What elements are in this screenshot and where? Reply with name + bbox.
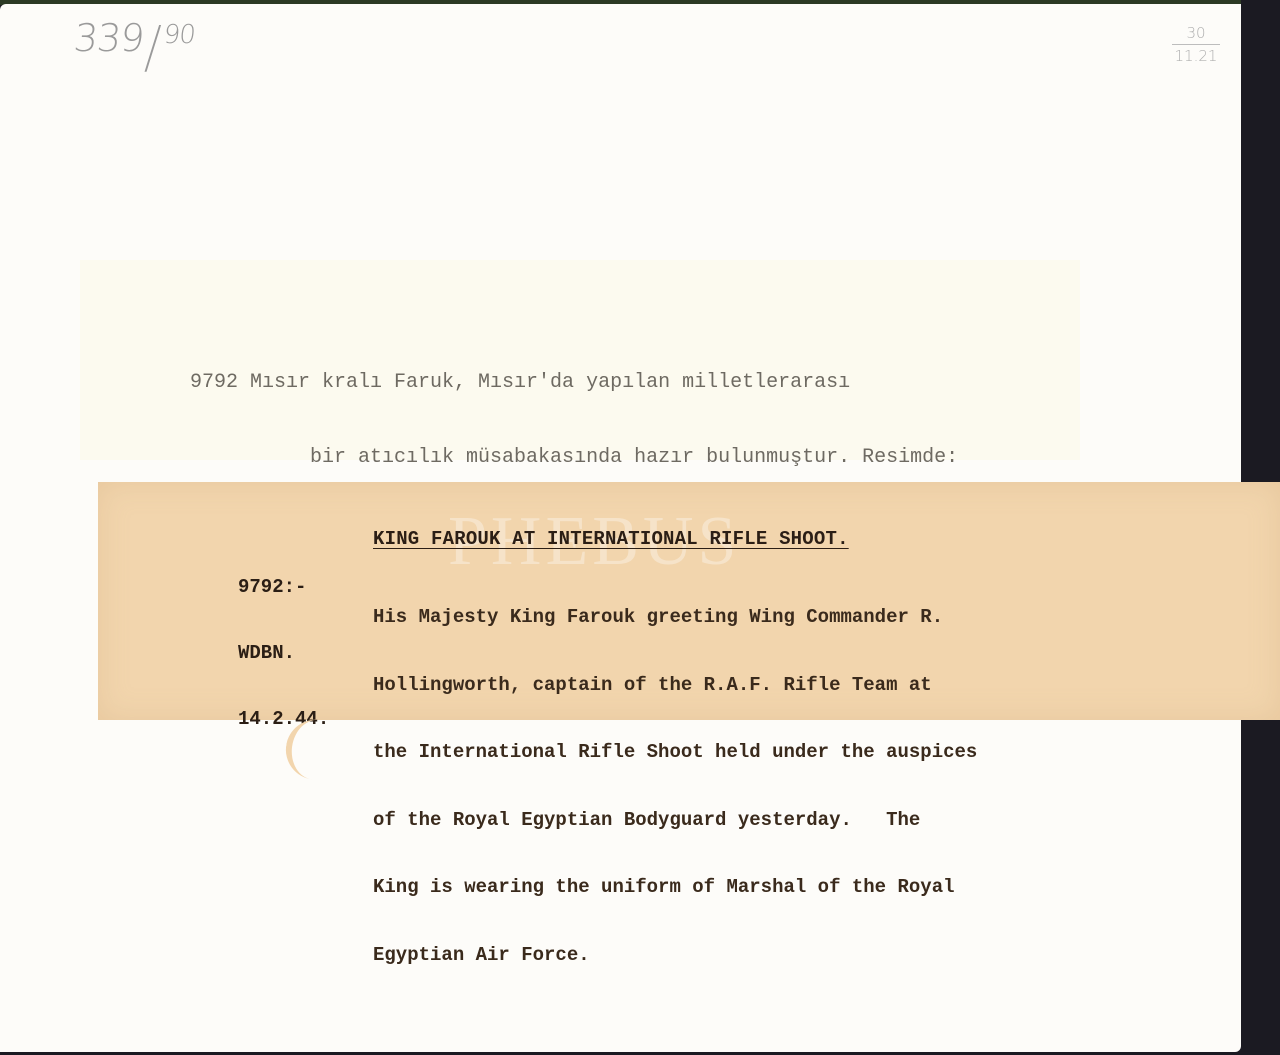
turkish-line: 9792 Mısır kralı Faruk, Mısır'da yapılan… xyxy=(190,370,958,395)
caption-line: Hollingworth, captain of the R.A.F. Rifl… xyxy=(373,674,977,697)
caption-line: His Majesty King Farouk greeting Wing Co… xyxy=(373,606,977,629)
handwritten-sub-number: 90 xyxy=(162,20,196,50)
handwritten-archive-number: 339/90 xyxy=(72,16,197,60)
reference-number: 9792:- xyxy=(238,576,329,598)
fraction-top: 30 xyxy=(1172,24,1220,42)
caption-body: His Majesty King Farouk greeting Wing Co… xyxy=(373,561,977,1011)
english-caption-slip: PHEBUS 9792:- WDBN. 14.2.44. KING FAROUK… xyxy=(98,482,1280,720)
turkish-caption-slip: 9792 Mısır kralı Faruk, Mısır'da yapılan… xyxy=(80,260,1080,460)
caption-line: Egyptian Air Force. xyxy=(373,944,977,967)
turkish-line: bir atıcılık müsabakasında hazır bulunmu… xyxy=(190,445,958,470)
fraction-line xyxy=(1172,44,1220,45)
slash: / xyxy=(143,14,162,80)
handwritten-fraction: 30 11.21 xyxy=(1172,24,1220,65)
caption-line: the International Rifle Shoot held under… xyxy=(373,741,977,764)
caption-title: KING FAROUK AT INTERNATIONAL RIFLE SHOOT… xyxy=(373,528,849,550)
fraction-bottom: 11.21 xyxy=(1172,47,1220,65)
caption-line: of the Royal Egyptian Bodyguard yesterda… xyxy=(373,809,977,832)
handwritten-number: 339 xyxy=(72,16,146,60)
agency-code: WDBN. xyxy=(238,642,329,664)
caption-line: King is wearing the uniform of Marshal o… xyxy=(373,876,977,899)
